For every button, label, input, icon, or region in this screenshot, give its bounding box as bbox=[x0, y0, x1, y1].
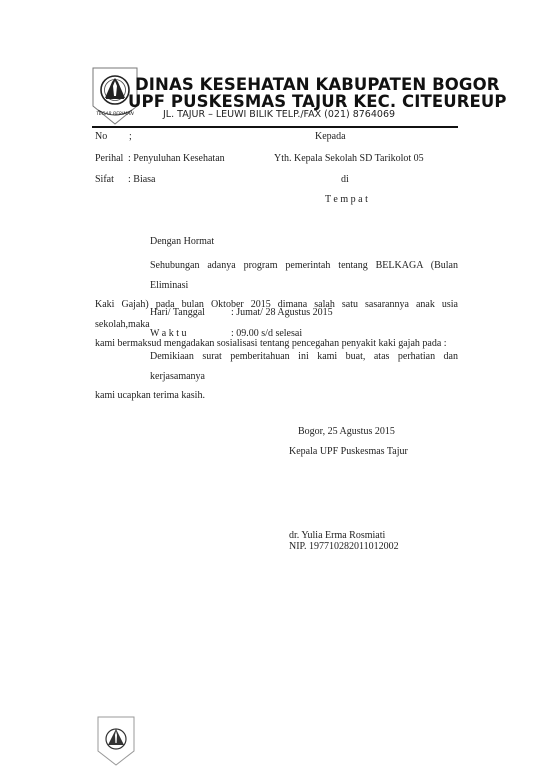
kepada-label: Kepada bbox=[315, 131, 346, 142]
signer-position: Kepala UPF Puskesmas Tajur bbox=[289, 446, 408, 457]
time-label: W a k t u bbox=[150, 328, 186, 339]
date-value: : Jumat/ 28 Agustus 2015 bbox=[231, 307, 333, 318]
letterhead-divider bbox=[92, 126, 458, 128]
place-date: Bogor, 25 Agustus 2015 bbox=[298, 426, 395, 437]
addressee: Yth. Kepala Sekolah SD Tarikolot 05 bbox=[274, 153, 424, 164]
no-value: ; bbox=[129, 131, 132, 142]
perihal-label: Perihal bbox=[95, 153, 123, 164]
bogor-regency-crest-icon bbox=[96, 715, 136, 767]
time-value: : 09.00 s/d selesai bbox=[231, 328, 302, 339]
sifat-label: Sifat bbox=[95, 174, 114, 185]
sifat-value: : Biasa bbox=[128, 174, 156, 185]
date-label: Hari/ Tanggal bbox=[150, 307, 205, 318]
address-line: JL. TAJUR – LEUWI BILIK TELP./FAX (021) … bbox=[163, 109, 395, 120]
svg-text:TEGAR BERIMAN: TEGAR BERIMAN bbox=[96, 111, 134, 117]
paragraph-line: Demikiaan surat pemberitahuan ini kami b… bbox=[95, 347, 458, 386]
paragraph-line: Sehubungan adanya program pemerintah ten… bbox=[95, 256, 458, 295]
footer-logo bbox=[96, 715, 136, 767]
no-label: No bbox=[95, 131, 107, 142]
paragraph-closing: Demikiaan surat pemberitahuan ini kami b… bbox=[95, 347, 458, 406]
di-label: di bbox=[341, 174, 349, 185]
perihal-value: : Penyuluhan Kesehatan bbox=[128, 153, 225, 164]
paragraph-line: kami ucapkan terima kasih. bbox=[95, 386, 458, 406]
signer-nip: NIP. 197710282011012002 bbox=[289, 541, 399, 552]
signer-name: dr. Yulia Erma Rosmiati bbox=[289, 530, 385, 541]
tempat-label: T e m p a t bbox=[325, 194, 368, 205]
greeting: Dengan Hormat bbox=[150, 236, 214, 247]
